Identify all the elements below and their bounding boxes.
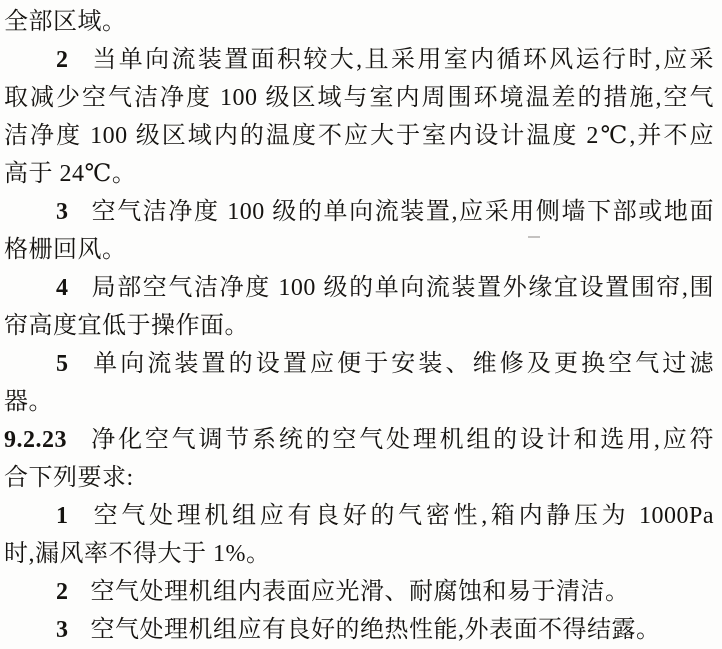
text-line: 4局部空气洁净度 100 级的单向流装置外缘宜设置围帘,围 — [4, 269, 714, 307]
item-number: 5 — [56, 351, 69, 377]
text-line: 取减少空气洁净度 100 级区域与室内周围环境温差的措施,空气 — [4, 79, 714, 117]
line-text: 合下列要求: — [4, 465, 134, 491]
text-block: 全部区域。 2当单向流装置面积较大,且采用室内循环风运行时,应采 取减少空气洁净… — [4, 3, 714, 649]
item-number: 2 — [56, 579, 69, 605]
line-text: 格栅回风。 — [4, 237, 127, 263]
line-text: 空气处理机组内表面应光滑、耐腐蚀和易于清洁。 — [91, 579, 630, 605]
line-text: 空气处理机组应有良好的绝热性能,外表面不得结露。 — [91, 617, 661, 643]
line-text: 洁净度 100 级区域内的温度不应大于室内设计温度 2℃,并不应 — [4, 123, 714, 149]
line-text: 空气洁净度 100 级的单向流装置,应采用侧墙下部或地面 — [91, 199, 715, 225]
line-text: 取减少空气洁净度 100 级区域与室内周围环境温差的措施,空气 — [4, 85, 714, 111]
line-text: 局部空气洁净度 100 级的单向流装置外缘宜设置围帘,围 — [91, 275, 715, 301]
document-page: 全部区域。 2当单向流装置面积较大,且采用室内循环风运行时,应采 取减少空气洁净… — [0, 0, 722, 649]
line-text: 时,漏风率不得大于 1%。 — [4, 541, 271, 567]
text-line: 5单向流装置的设置应便于安装、维修及更换空气过滤 — [4, 345, 714, 383]
text-line: 器。 — [4, 383, 714, 421]
line-text: 帘高度宜低于操作面。 — [4, 313, 249, 339]
text-line: 帘高度宜低于操作面。 — [4, 307, 714, 345]
line-text: 单向流装置的设置应便于安装、维修及更换空气过滤 — [91, 351, 715, 377]
text-line: 洁净度 100 级区域内的温度不应大于室内设计温度 2℃,并不应 — [4, 117, 714, 155]
line-text: 净化空气调节系统的空气处理机组的设计和选用,应符 — [89, 427, 714, 453]
text-line: 高于 24℃。 — [4, 155, 714, 193]
item-number: 3 — [56, 617, 69, 643]
text-line: 2空气处理机组内表面应光滑、耐腐蚀和易于清洁。 — [4, 573, 714, 611]
text-line: 全部区域。 — [4, 3, 714, 41]
line-text: 空气处理机组应有良好的气密性,箱内静压为 1000Pa — [91, 503, 715, 529]
text-line: 3空气处理机组应有良好的绝热性能,外表面不得结露。 — [4, 611, 714, 649]
text-line: 时,漏风率不得大于 1%。 — [4, 535, 714, 573]
text-line: 格栅回风。 — [4, 231, 714, 269]
text-line: 9.2.23净化空气调节系统的空气处理机组的设计和选用,应符 — [4, 421, 714, 459]
item-number: 9.2.23 — [4, 427, 67, 453]
line-text: 器。 — [4, 389, 53, 415]
text-line: 合下列要求: — [4, 459, 714, 497]
text-line: 2当单向流装置面积较大,且采用室内循环风运行时,应采 — [4, 41, 714, 79]
item-number: 4 — [56, 275, 69, 301]
line-text: 当单向流装置面积较大,且采用室内循环风运行时,应采 — [91, 47, 715, 73]
text-line: 1空气处理机组应有良好的气密性,箱内静压为 1000Pa — [4, 497, 714, 535]
line-text: 高于 24℃。 — [4, 161, 136, 187]
line-text: 全部区域。 — [4, 9, 127, 35]
text-line: 3空气洁净度 100 级的单向流装置,应采用侧墙下部或地面 — [4, 193, 714, 231]
item-number: 3 — [56, 199, 69, 225]
item-number: 2 — [56, 47, 69, 73]
item-number: 1 — [56, 503, 69, 529]
scan-artifact — [528, 236, 540, 238]
